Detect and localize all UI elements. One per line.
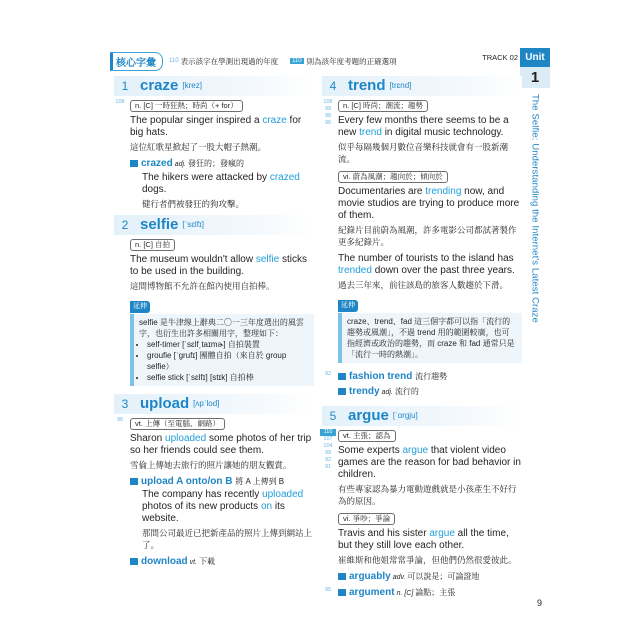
derivative: 95 argumentn. [C]論點；主張 [322, 587, 522, 600]
derivative-marker-icon [130, 160, 138, 167]
example-zh: 過去三年來，前往該島的旅客人數趨於下滑。 [338, 279, 522, 291]
derivative-marker-icon [338, 573, 346, 580]
derivative: 92 fashion trend 流行趨勢 [322, 371, 522, 383]
derivative-marker-icon [338, 589, 346, 596]
part-of-speech: n. [C] 時尚；潮流；趨勢 [338, 100, 428, 112]
example-zh: 雪倫上傳她去旅行的照片讓她的朋友觀賞。 [130, 459, 314, 471]
sense: 106999896 n. [C] 時尚；潮流；趨勢 Every few mont… [322, 99, 522, 165]
entry-heading: 1 craze [krez] [114, 76, 314, 96]
entry-heading: 5 argue [ˈɑrgju] [322, 406, 522, 426]
entry-heading: 3 upload [ʌpˈlod] [114, 394, 314, 414]
exam-years: 110107104999291 [320, 429, 336, 471]
headword: argue [348, 410, 389, 422]
unit-number: 1 [520, 67, 550, 88]
unit-label: Unit [520, 48, 550, 67]
example-en: Some experts argue that violent video ga… [338, 445, 522, 481]
entry-heading: 2 selfie [ˈsɛlfɪ] [114, 215, 314, 235]
example-en: Sharon uploaded some photos of her trip … [130, 433, 314, 457]
sense: vi. 爭吵；爭論 Travis and his sister argue al… [322, 512, 522, 566]
derivative: crazedadj.發狂的；發瘋的 The hikers were attack… [114, 158, 314, 210]
phonetic: [ˈsɛlfɪ] [182, 219, 204, 231]
legend-text-answer: 則為該年度考題的正確選項 [307, 56, 397, 67]
note-item: groufie [ˈgrufɪ] 團體自拍（來自於 group selfie） [147, 350, 309, 372]
phonetic: [ˈɑrgju] [393, 410, 418, 422]
extension-note: selfie 是牛津線上辭典二〇一三年度選出的風雲字，也衍生出許多相關用字，整理… [130, 314, 314, 386]
example-en: The company has recently uploaded photos… [142, 489, 314, 525]
part-of-speech: vi. 蔚為風潮；趨向於；傾向於 [338, 171, 448, 183]
headword: upload [140, 398, 189, 410]
sense: 110107104999291 vt. 主張；認為 Some experts a… [322, 429, 522, 507]
sense: vi. 蔚為風潮；趨向於；傾向於 Documentaries are trend… [322, 170, 522, 363]
exam-years: 95 [320, 587, 336, 594]
entry-number: 4 [324, 80, 342, 92]
example-en: Travis and his sister argue all the time… [338, 528, 522, 552]
entry-number: 5 [324, 410, 342, 422]
exam-years: 106999896 [320, 99, 336, 127]
entry-number: 1 [116, 80, 134, 92]
page-number: 9 [537, 598, 542, 608]
entry-craze: 1 craze [krez] 108 n. [C] 一時狂熱；時尚（+ for）… [114, 76, 314, 210]
note-item: selfie stick [ˈsɛlfɪ] [stɪk] 自拍棒 [147, 372, 309, 383]
section-tag: 核心字彙 [110, 52, 163, 71]
entry-trend: 4 trend [trɛnd] 106999896 n. [C] 時尚；潮流；趨… [322, 76, 522, 399]
sense: 96 vt. 上傳（至電腦、網路） Sharon uploaded some p… [114, 417, 314, 471]
headword: trend [348, 80, 386, 92]
derivative: arguablyadv.可以說是；可論證地 [322, 571, 522, 584]
phonetic: [trɛnd] [390, 80, 412, 92]
sense: n. [C] 自拍 The museum wouldn't allow self… [114, 238, 314, 386]
example-zh: 似乎每隔幾個月數位音樂科技就會有一股新潮流。 [338, 141, 522, 165]
phonetic: [krez] [182, 80, 202, 92]
derivative-marker-icon [338, 388, 346, 395]
note-item: self-timer [ˈsɛlf͵taɪmɚ] 自拍裝置 [147, 339, 309, 350]
example-en: The hikers were attacked by crazed dogs. [142, 172, 314, 196]
phrase-marker-icon [130, 478, 138, 485]
example-en: Documentaries are trending now, and movi… [338, 186, 522, 222]
part-of-speech: vt. 主張；認為 [338, 430, 396, 442]
derivative-marker-icon [130, 558, 138, 565]
legend-text-years: 表示該字在學測出現過的年度 [181, 56, 279, 67]
derivative-marker-icon [338, 373, 346, 380]
answer-legend-sample: 110 [290, 58, 304, 64]
exam-years: 96 [112, 417, 128, 424]
example-zh: 有些專家認為暴力電動遊戲就是小孩產生不好行為的原因。 [338, 483, 522, 507]
derivative: trendyadj.流行的 [322, 386, 522, 399]
right-column: 4 trend [trɛnd] 106999896 n. [C] 時尚；潮流；趨… [322, 76, 522, 601]
example-zh: 這間博物館不允許在館內使用自拍棒。 [130, 280, 314, 292]
audio-track-label: TRACK 02 [482, 53, 518, 62]
extension-note-tag: 延伸 [338, 300, 358, 312]
example-en: The museum wouldn't allow selfie sticks … [130, 254, 314, 278]
page-header: 核心字彙 110 表示該字在學測出現過的年度 110 則為該年度考題的正確選項 [110, 52, 520, 70]
textbook-page: 核心字彙 110 表示該字在學測出現過的年度 110 則為該年度考題的正確選項 … [110, 48, 550, 608]
example-zh: 健行者們被發狂的狗攻擊。 [142, 198, 314, 210]
entry-selfie: 2 selfie [ˈsɛlfɪ] n. [C] 自拍 The museum w… [114, 215, 314, 386]
left-column: 1 craze [krez] 108 n. [C] 一時狂熱；時尚（+ for）… [114, 76, 314, 570]
entry-number: 3 [116, 398, 134, 410]
extension-note-tag: 延伸 [130, 301, 150, 313]
sense: 108 n. [C] 一時狂熱；時尚（+ for） The popular si… [114, 99, 314, 153]
example-zh: 那間公司最近已把新產品的照片上傳到網站上了。 [142, 527, 314, 551]
derivative: downloadvt.下載 [114, 556, 314, 569]
extension-note: craze、trend、fad 這三個字都可以指「流行的趨勢或風潮」，不過 tr… [338, 313, 522, 363]
phonetic: [ʌpˈlod] [193, 398, 219, 410]
part-of-speech: n. [C] 自拍 [130, 239, 175, 251]
headword: craze [140, 80, 178, 92]
exam-years: 92 [320, 371, 336, 378]
part-of-speech: n. [C] 一時狂熱；時尚（+ for） [130, 100, 243, 112]
entry-upload: 3 upload [ʌpˈlod] 96 vt. 上傳（至電腦、網路） Shar… [114, 394, 314, 569]
unit-tab: Unit 1 The Selfie: Understanding the Int… [520, 48, 550, 323]
example-zh: 紀錄片目前蔚為風潮，許多電影公司都試著製作更多紀錄片。 [338, 224, 522, 248]
example-en: Every few months there seems to be a new… [338, 115, 522, 139]
part-of-speech: vi. 爭吵；爭論 [338, 513, 395, 525]
entry-heading: 4 trend [trɛnd] [322, 76, 522, 96]
year-legend-sample: 110 [169, 58, 179, 64]
example-en: The number of tourists to the island has… [338, 253, 522, 277]
exam-years: 108 [112, 99, 128, 106]
entry-number: 2 [116, 219, 134, 231]
headword: selfie [140, 219, 178, 231]
unit-title: The Selfie: Understanding the Internet's… [530, 94, 541, 323]
part-of-speech: vt. 上傳（至電腦、網路） [130, 418, 225, 430]
example-zh: 這位紅歌星掀起了一股大帽子熱潮。 [130, 141, 314, 153]
entry-argue: 5 argue [ˈɑrgju] 110107104999291 vt. 主張；… [322, 406, 522, 600]
example-en: The popular singer inspired a craze for … [130, 115, 314, 139]
phrase: upload A onto/on B 將 A 上傳到 B The company… [114, 476, 314, 551]
example-zh: 崔維斯和他姐常常爭論，但他們仍然很愛彼此。 [338, 554, 522, 566]
